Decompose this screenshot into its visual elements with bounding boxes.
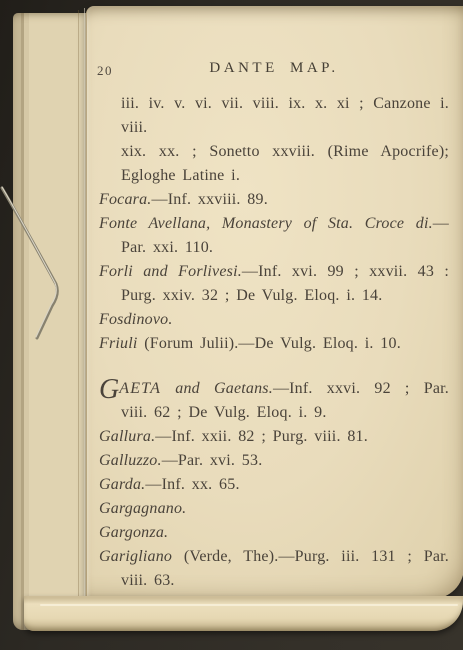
- entry-line: Par. xxi. 110.: [99, 236, 449, 260]
- index-entry: Friuli (Forum Julii).—De Vulg. Eloq. i. …: [99, 332, 449, 356]
- entry-segment: viii. 63.: [121, 572, 175, 589]
- index-entry: iii. iv. v. vi. vii. viii. ix. x. xi ; C…: [99, 92, 449, 188]
- entry-line: viii. 62 ; De Vulg. Eloq. i. 9.: [99, 401, 449, 425]
- entry-segment: —Inf. xxii. 82 ; Purg. viii. 81.: [155, 428, 368, 445]
- entry-line: Focara.—Inf. xxviii. 89.: [99, 188, 449, 212]
- entry-segment: —Par. xvi. 53.: [162, 452, 263, 469]
- index-entry: Focara.—Inf. xxviii. 89.: [99, 188, 449, 212]
- book-photo: 20 DANTE MAP. iii. iv. v. vi. vii. viii.…: [0, 0, 463, 650]
- page-number: 20: [97, 59, 113, 83]
- entry-segment: Gallura.: [99, 428, 155, 445]
- entry-segment: Fosdinovo.: [99, 311, 173, 328]
- index-entries: iii. iv. v. vi. vii. viii. ix. x. xi ; C…: [99, 92, 449, 593]
- index-entry: Garda.—Inf. xx. 65.: [99, 473, 449, 497]
- index-entry: Gallura.—Inf. xxii. 82 ; Purg. viii. 81.: [99, 425, 449, 449]
- page-edge-highlight: [84, 8, 85, 622]
- index-entry: Forli and Forlivesi.—Inf. xvi. 99 ; xxvi…: [99, 260, 449, 308]
- entry-segment: (Forum Julii).—De Vulg. Eloq. i. 10.: [138, 335, 401, 352]
- entry-segment: —Inf. xvi. 99 ; xxvii. 43 :: [242, 263, 449, 280]
- entry-segment: Gargonza.: [99, 524, 168, 541]
- entry-segment: viii. 62 ; De Vulg. Eloq. i. 9.: [121, 404, 327, 421]
- entry-segment: AETA: [119, 380, 161, 397]
- index-entry: Gargonza.: [99, 521, 449, 545]
- page-edge-line: [78, 10, 79, 620]
- book-page: 20 DANTE MAP. iii. iv. v. vi. vii. viii.…: [86, 6, 463, 599]
- entry-line: Gallura.—Inf. xxii. 82 ; Purg. viii. 81.: [99, 425, 449, 449]
- entry-line: viii. 63.: [99, 569, 449, 593]
- entry-segment: —Inf. xxvi. 92 ; Par.: [273, 380, 449, 397]
- entry-segment: Fonte Avellana, Monastery of Sta. Croce …: [99, 215, 433, 232]
- entry-segment: iii. iv. v. vi. vii. viii. ix. x. xi ; C…: [121, 95, 449, 136]
- entry-segment: Galluzzo.: [99, 452, 162, 469]
- entry-segment: —: [433, 215, 449, 232]
- entry-segment: (Verde, The).—Purg. iii. 131 ; Par.: [172, 548, 449, 565]
- entry-line: Forli and Forlivesi.—Inf. xvi. 99 ; xxvi…: [99, 260, 449, 284]
- entry-segment: Par. xxi. 110.: [121, 239, 213, 256]
- entry-segment: —Inf. xx. 65.: [145, 476, 239, 493]
- entry-segment: Garda.: [99, 476, 145, 493]
- page-header: 20 DANTE MAP.: [99, 56, 449, 78]
- index-entry: Fonte Avellana, Monastery of Sta. Croce …: [99, 212, 449, 260]
- entry-segment: Purg. xxiv. 32 ; De Vulg. Eloq. i. 14.: [121, 287, 382, 304]
- entry-line: Garda.—Inf. xx. 65.: [99, 473, 449, 497]
- entry-segment: Forli and Forlivesi.: [99, 263, 242, 280]
- entry-line: GAETA and Gaetans.—Inf. xxvi. 92 ; Par.: [99, 377, 449, 401]
- entry-line: Gargagnano.: [99, 497, 449, 521]
- entry-line: Fosdinovo.: [99, 308, 449, 332]
- entry-segment: Egloghe Latine i.: [121, 167, 240, 184]
- wire-clip-icon: [0, 182, 70, 342]
- index-entry: Gargagnano.: [99, 497, 449, 521]
- page-title: DANTE MAP.: [99, 56, 449, 80]
- entry-segment: Friuli: [99, 335, 138, 352]
- under-pages-bottom-edge: [24, 596, 463, 631]
- entry-segment: xix. xx. ; Sonetto xxviii. (Rime Apocrif…: [121, 143, 449, 160]
- index-entry: Galluzzo.—Par. xvi. 53.: [99, 449, 449, 473]
- page-text-block: 20 DANTE MAP. iii. iv. v. vi. vii. viii.…: [99, 56, 449, 593]
- entry-segment: G: [99, 374, 119, 405]
- entry-line: Egloghe Latine i.: [99, 164, 449, 188]
- entry-line: Purg. xxiv. 32 ; De Vulg. Eloq. i. 14.: [99, 284, 449, 308]
- entry-segment: —Inf. xxviii. 89.: [152, 191, 268, 208]
- index-entry: Fosdinovo.: [99, 308, 449, 332]
- entry-line: Galluzzo.—Par. xvi. 53.: [99, 449, 449, 473]
- under-pages-highlight: [40, 604, 458, 606]
- entry-line: xix. xx. ; Sonetto xxviii. (Rime Apocrif…: [99, 140, 449, 164]
- entry-line: Fonte Avellana, Monastery of Sta. Croce …: [99, 212, 449, 236]
- entry-segment: Garigliano: [99, 548, 172, 565]
- entry-segment: and Gaetans.: [161, 380, 273, 397]
- entry-line: Gargonza.: [99, 521, 449, 545]
- index-entry: Garigliano (Verde, The).—Purg. iii. 131 …: [99, 545, 449, 593]
- entry-segment: Gargagnano.: [99, 500, 186, 517]
- entry-segment: Focara.: [99, 191, 152, 208]
- entry-line: Friuli (Forum Julii).—De Vulg. Eloq. i. …: [99, 332, 449, 356]
- entry-line: Garigliano (Verde, The).—Purg. iii. 131 …: [99, 545, 449, 569]
- index-entry: GAETA and Gaetans.—Inf. xxvi. 92 ; Par.v…: [99, 377, 449, 425]
- entry-line: iii. iv. v. vi. vii. viii. ix. x. xi ; C…: [99, 92, 449, 140]
